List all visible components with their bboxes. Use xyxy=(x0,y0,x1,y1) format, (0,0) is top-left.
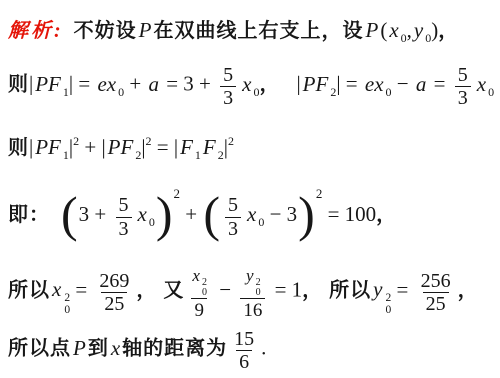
math-operator: 16 xyxy=(243,300,262,321)
math-operator: . xyxy=(261,336,266,360)
numerator: 5 xyxy=(116,194,132,216)
chinese-text: ， xyxy=(438,20,459,42)
math-variable: y xyxy=(246,266,254,285)
chinese-text: 到 xyxy=(88,338,109,360)
math-variable: PF xyxy=(35,72,61,96)
chinese-text: 轴的距离为 xyxy=(122,338,227,360)
superscript: 2 xyxy=(228,134,234,148)
numerator: 269 xyxy=(96,270,132,292)
math-variable: x xyxy=(477,72,486,96)
fraction: 156 xyxy=(231,328,257,374)
math-variable: y xyxy=(373,277,382,301)
denominator: 3 xyxy=(220,86,236,109)
math-operator: + xyxy=(180,202,202,226)
math-subscripted: ex0 xyxy=(95,78,124,95)
solution-line-1: 解析:不妨设P在双曲线上右支上，设P(x0,y0)， xyxy=(8,14,459,46)
math-operator: − 3 xyxy=(264,202,297,226)
fraction: 25625 xyxy=(418,270,454,316)
math-operator: 9 xyxy=(194,300,204,321)
numerator: 5 xyxy=(455,64,471,86)
solution-line-4: 即：(3 + 53x0)2 + (53x0 − 3)2 = 100， xyxy=(8,186,397,242)
math-variable: x xyxy=(242,72,251,96)
math-superscripted: |2 xyxy=(224,141,234,158)
math-variable: x xyxy=(111,336,120,360)
chinese-text: 即： xyxy=(8,204,50,226)
subscript: 0 xyxy=(202,288,207,298)
chinese-text: 则 xyxy=(8,137,29,159)
math-variable: a xyxy=(148,72,159,96)
math-operator: − xyxy=(214,277,236,301)
big-paren: ( xyxy=(203,189,220,239)
math-operator: = xyxy=(70,277,92,301)
math-subscripted: x0 xyxy=(245,208,264,225)
fraction: 53 xyxy=(225,194,241,240)
math-operator: | = xyxy=(69,72,96,96)
math-subscripted: x0 xyxy=(475,78,494,95)
chinese-text: ， xyxy=(376,204,397,226)
big-paren: ) xyxy=(156,189,173,239)
chinese-text: ， xyxy=(302,279,323,301)
denominator: 16 xyxy=(240,298,265,321)
subscript: 0 xyxy=(149,215,155,229)
math-subscripted: F2 xyxy=(201,141,224,158)
chinese-text: 又 xyxy=(163,279,184,301)
numerator: 256 xyxy=(418,270,454,292)
math-variable: P xyxy=(366,18,379,42)
math-variable: P xyxy=(139,18,152,42)
math-variable: ex xyxy=(97,72,116,96)
subsup-stack: 20 xyxy=(256,278,261,298)
math-operator: = 3 + xyxy=(161,72,216,96)
math-subscripted: PF1 xyxy=(33,141,69,158)
math-subscripted: ex0 xyxy=(363,78,392,95)
math-subscripted: PF2 xyxy=(301,78,337,95)
denominator: 3 xyxy=(116,217,132,240)
math-variable: PF xyxy=(303,72,329,96)
math-operator: = xyxy=(152,135,174,159)
math-variable: PF xyxy=(108,135,134,159)
math-operator: − xyxy=(392,72,414,96)
math-operator: + xyxy=(79,135,101,159)
math-operator: = xyxy=(391,277,413,301)
chinese-text: 不妨设 xyxy=(74,20,137,42)
math-variable: ex xyxy=(365,72,384,96)
subscript: 0 xyxy=(385,305,391,317)
math-variable: a xyxy=(416,72,427,96)
numerator: 5 xyxy=(220,64,236,86)
denominator: 9 xyxy=(191,298,207,321)
math-operator: = 1 xyxy=(269,277,302,301)
denominator: 3 xyxy=(455,86,471,109)
chinese-text: 则 xyxy=(8,74,29,96)
fraction: 53 xyxy=(116,194,132,240)
superscript: 2 xyxy=(173,186,180,201)
numerator: y20 xyxy=(242,264,264,298)
chinese-text: 所以 xyxy=(329,279,371,301)
solution-line-5: 所以x20 = 26925，又x209 − y2016 = 1，所以y20 = … xyxy=(8,264,479,321)
fraction: 53 xyxy=(220,64,236,110)
solution-line-3: 则|PF1|2 + |PF2|2 = |F1F2|2 xyxy=(8,131,234,163)
denominator: 25 xyxy=(101,292,127,315)
chinese-text: ， xyxy=(259,74,280,96)
math-subscripted: PF2 xyxy=(106,141,142,158)
math-subsup: y20 xyxy=(371,283,391,300)
math-subsup: y20 xyxy=(245,264,261,286)
math-subscripted: x0 xyxy=(240,78,259,95)
big-paren-squared: )2 xyxy=(297,208,322,225)
math-operator: 3 + xyxy=(79,202,112,226)
math-operator: | = xyxy=(336,72,363,96)
math-subscripted: PF1 xyxy=(33,78,69,95)
math-superscripted: |2 xyxy=(141,141,151,158)
big-paren: ) xyxy=(298,189,315,239)
denominator: 3 xyxy=(225,217,241,240)
numerator: 15 xyxy=(231,328,257,350)
fraction: 53 xyxy=(455,64,471,110)
solution-page: 解析:不妨设P在双曲线上右支上，设P(x0,y0)， 则|PF1| = ex0 … xyxy=(0,0,500,378)
math-operator: − 3 xyxy=(494,72,500,96)
math-subscripted: y0 xyxy=(412,24,431,41)
fraction: x209 xyxy=(188,264,210,321)
math-variable: PF xyxy=(35,135,61,159)
math-variable: x xyxy=(52,277,61,301)
denominator: 25 xyxy=(423,292,449,315)
subsup-stack: 20 xyxy=(202,278,207,298)
numerator: x20 xyxy=(188,264,210,298)
chinese-text: 在双曲线上右支上，设 xyxy=(154,20,364,42)
solution-line-6: 所以点P到x轴的距离为156. xyxy=(8,328,266,374)
denominator: 6 xyxy=(236,350,252,373)
math-variable: x xyxy=(247,202,256,226)
subscript: 0 xyxy=(64,305,70,317)
big-paren-squared: )2 xyxy=(155,208,180,225)
big-paren: ( xyxy=(61,189,78,239)
solution-line-2: 则|PF1| = ex0 + a = 3 + 53x0，|PF2| = ex0 … xyxy=(8,64,500,110)
superscript: 2 xyxy=(316,186,323,201)
chinese-text: 所以点 xyxy=(8,338,71,360)
numerator: 5 xyxy=(225,194,241,216)
math-subscripted: x0 xyxy=(387,24,406,41)
math-subsup: x20 xyxy=(50,283,70,300)
math-variable: P xyxy=(73,336,86,360)
math-subscripted: F1 xyxy=(178,141,201,158)
math-subsup: x20 xyxy=(191,264,207,286)
fraction: y2016 xyxy=(240,264,265,321)
chinese-text: 所以 xyxy=(8,279,50,301)
analysis-label: 解析: xyxy=(8,20,64,42)
math-variable: F xyxy=(180,135,193,159)
math-operator: + xyxy=(124,72,146,96)
math-subscripted: x0 xyxy=(136,208,155,225)
chinese-text: ， xyxy=(136,279,157,301)
subscript: 0 xyxy=(256,288,261,298)
math-operator: = 100 xyxy=(322,202,376,226)
math-variable: y xyxy=(414,18,423,42)
fraction: 26925 xyxy=(96,270,132,316)
math-variable: x xyxy=(138,202,147,226)
math-superscripted: |2 xyxy=(69,141,79,158)
math-variable: x xyxy=(192,266,200,285)
chinese-text: ， xyxy=(458,279,479,301)
math-operator: = xyxy=(428,72,450,96)
math-variable: x xyxy=(389,18,398,42)
math-variable: F xyxy=(203,135,216,159)
